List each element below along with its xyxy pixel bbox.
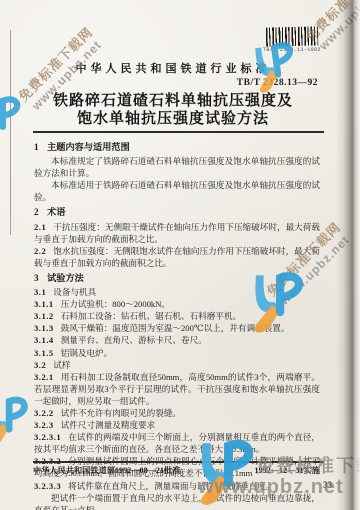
clause-3-1-5: 3.1.5铝锅及电炉。: [34, 347, 320, 359]
footer: 中华人民共和国铁道部1992—08—21批准 1992—12—31实施: [33, 465, 320, 476]
section-2-heading: 2术语: [34, 206, 320, 218]
section-1-number: 1: [34, 142, 39, 152]
scan-binding-shadow: [336, 0, 360, 510]
standard-org-line: 中华人民共和国铁道行业标准: [28, 60, 318, 76]
document-title: 铁路碎石道碴石料单轴抗压强度及 饱水单轴抗压强度试验方法: [28, 93, 318, 128]
title-line1: 铁路碎石道碴石料单轴抗压强度及: [53, 93, 293, 109]
clause-3-2-1: 3.2.1用石料加工设备制取直径50mm，高度50mm的试件3个，两端磨平。若层…: [34, 371, 320, 407]
clause-3-2-3: 3.2.3试件尺寸测量及精度要求: [34, 419, 320, 431]
section-3-number: 3: [34, 273, 39, 283]
standard-number: TB/T 2328.13—92: [237, 78, 318, 88]
section-1-paragraph: 本标准规定了铁路碎石道碴石料单轴抗压强度及饱水单轴抗压强度的试验方法和计算。: [34, 155, 320, 179]
barcode: [266, 26, 318, 46]
footer-rule: [33, 461, 324, 463]
scanned-standard-page: TB/T 2328.13-1992 中华人民共和国铁道行业标准 TB/T 232…: [0, 0, 360, 510]
clause-3-2-3-3-continuation: 把试件一个端面置于直角尺的水平边上，使试件的边棱向垂直边靠拢，直至在某一点相: [34, 492, 320, 510]
clause-2-1: 2.1干抗压强度：无侧限干燥试件在轴向压力作用下压缩破坏时，最大荷载与垂直于加载…: [34, 221, 320, 245]
section-1-heading: 1主题内容与适用范围: [34, 141, 320, 153]
section-1-paragraph: 本标准适用于铁路碎石道碴石料单轴抗压强度及饱水单轴抗压强度的试验。: [34, 179, 320, 203]
page-number: 33: [323, 480, 332, 490]
clause-3-2: 3.2试样: [34, 359, 320, 371]
title-line2: 饱水单轴抗压强度试验方法: [77, 111, 269, 127]
barcode-caption: TB/T 2328.13-1992: [263, 47, 321, 53]
up-logo-icon: [0, 393, 36, 449]
clause-3-1: 3.1设备与机具: [34, 286, 320, 298]
clause-2-2: 2.2饱水抗压强度：无侧限饱水试件在轴向压力作用下压缩破坏时，最大荷载与垂直于加…: [34, 245, 320, 269]
approval-note: 中华人民共和国铁道部1992—08—21批准: [33, 465, 180, 476]
clause-3-1-3: 3.1.3鼓风干燥箱：温度范围为室温～200℃以上，并有调温装置。: [34, 322, 320, 334]
clause-3-1-4: 3.1.4测量平台、直角尺、游标卡尺、卷尺。: [34, 334, 320, 346]
document-body: 1主题内容与适用范围 本标准规定了铁路碎石道碴石料单轴抗压强度及饱水单轴抗压强度…: [34, 138, 320, 510]
header-rule: [33, 131, 324, 133]
clause-3-1-1: 3.1.1压力试验机：800～2000kN。: [34, 298, 320, 310]
clause-3-2-2: 3.2.2试件不允许有肉眼可见的裂缝。: [34, 407, 320, 419]
clause-3-2-3-1: 3.2.3.1在试件的两端及中间三个断面上，分别测量相互垂直的两个直径，按其平均…: [34, 431, 320, 455]
clause-3-2-3-3: 3.2.3.3将试件靠在直角尺上，测量端面与试件轴线的垂直度。: [34, 480, 320, 492]
section-2-number: 2: [34, 207, 39, 217]
scan-edge-line: [10, 30, 11, 235]
section-3-heading: 3试验方法: [34, 272, 320, 284]
up-logo-icon: [0, 93, 28, 145]
implementation-note: 1992—12—31实施: [254, 465, 320, 476]
clause-3-1-2: 3.1.2石料加工设备：钻石机、锯石机、石料磨平机。: [34, 310, 320, 322]
